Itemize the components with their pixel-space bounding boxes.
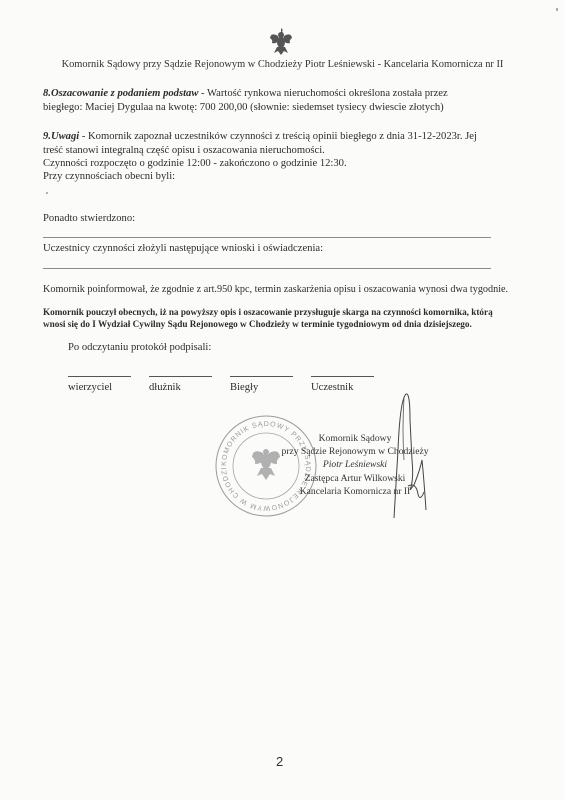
speck: [46, 192, 48, 194]
signature-line-creditor: [68, 376, 131, 377]
bailiff-office-header: Komornik Sądowy przy Sądzie Rejonowym w …: [0, 59, 565, 70]
signed-label: Po odczytaniu protokół podpisali:: [68, 341, 211, 354]
instruction-line-2: wnosi się do I Wydział Cywilny Sądu Rejo…: [43, 318, 472, 330]
signature-line-debtor: [149, 376, 212, 377]
document-page: Komornik Sądowy przy Sądzie Rejonowym w …: [0, 0, 565, 800]
section-8-text: - Wartość rynkowa nieruchomości określon…: [198, 88, 447, 99]
section-8-line-1: 8.Oszacowanie z podaniem podstaw - Warto…: [43, 87, 448, 100]
signatory-creditor: wierzyciel: [68, 382, 112, 393]
signature-line-expert: [230, 376, 293, 377]
section-9-line-2: treść stanowi integralną część opisu i o…: [43, 144, 325, 157]
motions-rule: [43, 268, 491, 269]
instruction-line-1: Komornik pouczył obecnych, iż na powyższ…: [43, 306, 493, 318]
section-9-line-3: Czynności rozpoczęto o godzinie 12:00 - …: [43, 157, 347, 170]
polish-eagle-emblem-icon: [269, 26, 293, 56]
signatory-debtor: dłużnik: [149, 382, 181, 393]
appeal-deadline-info: Komornik poinformował, że zgodnie z art.…: [43, 283, 508, 296]
section-9-text: - Komornik zapoznał uczestników czynnośc…: [79, 131, 477, 142]
scan-mark: [556, 8, 558, 11]
section-9-line-1: 9.Uwagi - Komornik zapoznał uczestników …: [43, 130, 477, 143]
signatory-participant: Uczestnik: [311, 382, 353, 393]
page-number: 2: [276, 754, 283, 769]
section-8-heading: 8.Oszacowanie z podaniem podstaw: [43, 88, 198, 99]
findings-label: Ponadto stwierdzono:: [43, 212, 135, 225]
handwritten-signature-icon: [380, 390, 440, 520]
signatory-expert: Biegły: [230, 382, 258, 393]
motions-label: Uczestnicy czynności złożyli następujące…: [43, 242, 323, 255]
findings-rule: [43, 237, 491, 238]
section-9-heading: 9.Uwagi: [43, 131, 79, 142]
section-9-line-4: Przy czynnościach obecni byli:: [43, 170, 175, 183]
signature-line-participant: [311, 376, 374, 377]
section-8-line-2: biegłego: Maciej Dygulaa na kwotę: 700 2…: [43, 101, 444, 114]
